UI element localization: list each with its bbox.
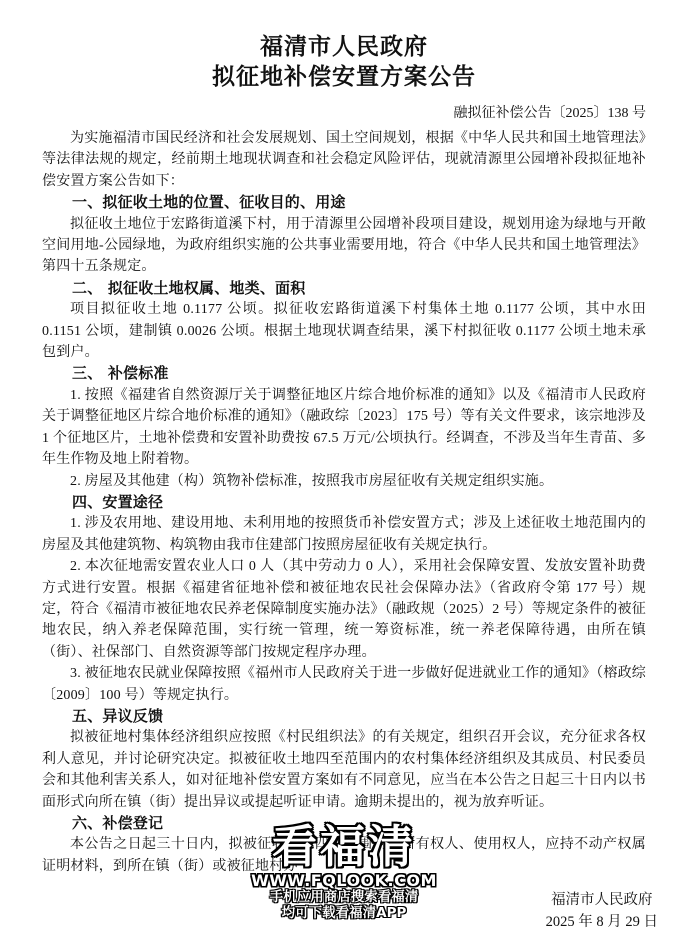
section-3-paragraph-1: 1. 按照《福建省自然资源厅关于调整征地区片综合地价标准的通知》以及《福清市人民… (42, 385, 646, 471)
section-6-heading: 六、补偿登记 (42, 813, 646, 834)
section-3-heading: 三、 补偿标准 (42, 363, 646, 384)
section-4-heading: 四、安置途径 (42, 492, 646, 513)
document-title: 拟征地补偿安置方案公告 (42, 62, 646, 92)
section-4-paragraph-1: 1. 涉及农用地、建设用地、未利用地的按照货币补偿安置方式；涉及上述征收土地范围… (42, 513, 646, 556)
signature-block: 福清市人民政府 2025 年 8 月 29 日 (546, 889, 658, 933)
section-2-heading: 二、 拟征收土地权属、地类、面积 (42, 278, 646, 299)
section-1-paragraph-1: 拟征收土地位于宏路街道溪下村，用于清源里公园增补段项目建设，规划用途为绿地与开敞… (42, 214, 646, 278)
section-4-paragraph-2: 2. 本次征地需安置农业人口 0 人（其中劳动力 0 人），采用社会保障安置、发… (42, 556, 646, 663)
signature-date: 2025 年 8 月 29 日 (546, 911, 658, 933)
section-6-paragraph-1: 本公告之日起三十日内，拟被征收土地四至范围内的所有权人、使用权人，应持不动产权属… (42, 834, 646, 877)
section-4-paragraph-3: 3. 被征地农民就业保障按照《福州市人民政府关于进一步做好促进就业工作的通知》（… (42, 663, 646, 706)
intro-paragraph: 为实施福清市国民经济和社会发展规划、国土空间规划，根据《中华人民共和国土地管理法… (42, 128, 646, 192)
issuer-title: 福清市人民政府 (42, 32, 646, 62)
announcement-page: 福清市人民政府 拟征地补偿安置方案公告 融拟征补偿公告〔2025〕138 号 为… (0, 0, 688, 942)
document-number: 融拟征补偿公告〔2025〕138 号 (42, 104, 646, 124)
section-2-paragraph-1: 项目拟征收土地 0.1177 公顷。拟征收宏路街道溪下村集体土地 0.1177 … (42, 299, 646, 363)
section-3-paragraph-2: 2. 房屋及其他建（构）筑物补偿标准，按照我市房屋征收有关规定组织实施。 (42, 471, 646, 492)
document-content: 福清市人民政府 拟征地补偿安置方案公告 融拟征补偿公告〔2025〕138 号 为… (0, 0, 688, 877)
section-5-paragraph-1: 拟被征地村集体经济组织应按照《村民组织法》的有关规定，组织召开会议，充分征求各权… (42, 727, 646, 813)
section-5-heading: 五、异议反馈 (42, 706, 646, 727)
section-1-heading: 一、拟征收土地的位置、征收目的、用途 (42, 192, 646, 213)
signature-org: 福清市人民政府 (546, 889, 658, 911)
